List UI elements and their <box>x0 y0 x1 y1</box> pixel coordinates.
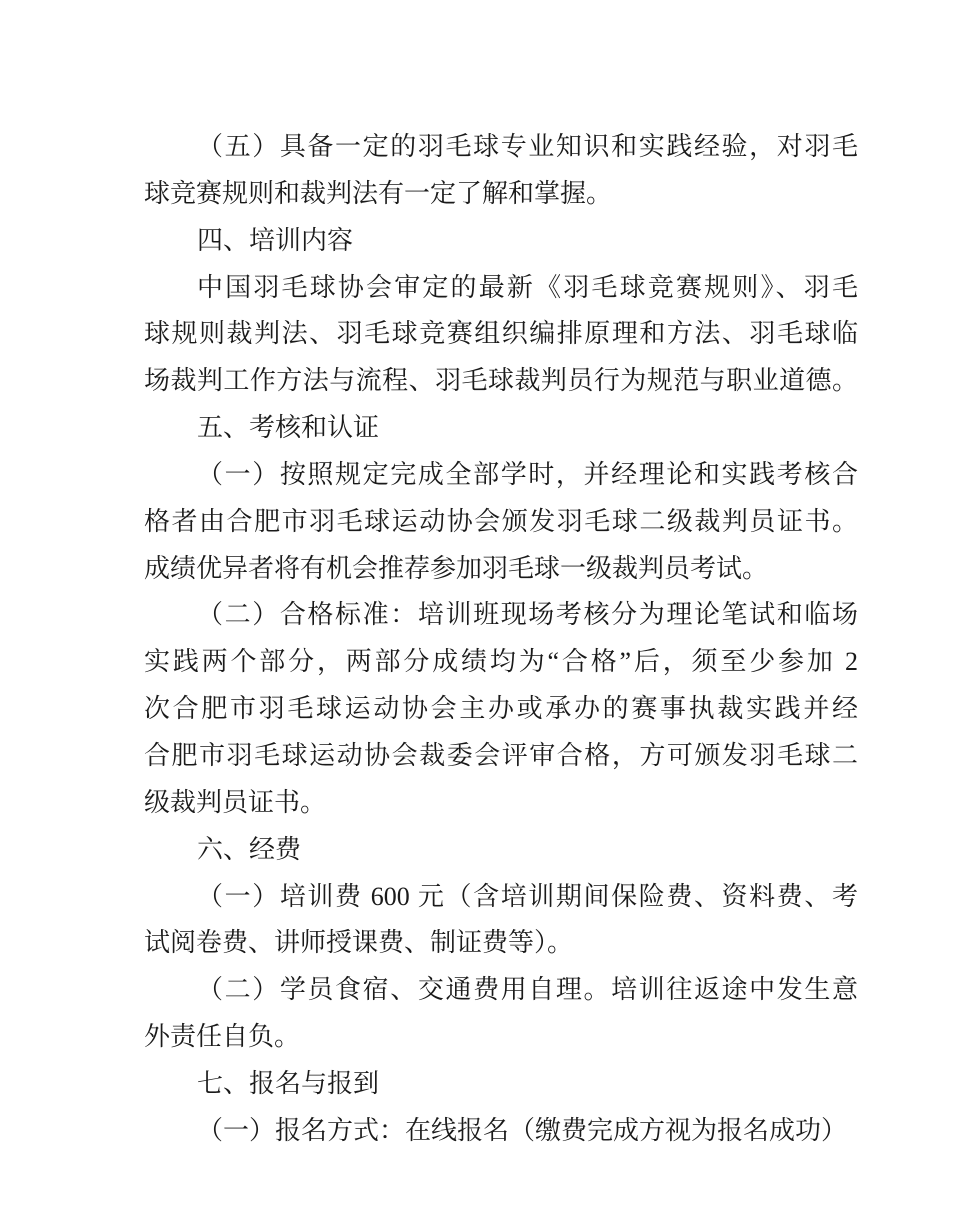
section-heading: 七、报名与报到 <box>144 1061 858 1108</box>
document-page: （五）具备一定的羽毛球专业知识和实践经验，对羽毛 球竞赛规则和裁判法有一定了解和… <box>0 0 974 1221</box>
body-text-line: 外责任自负。 <box>144 1014 858 1061</box>
body-text-line: 成绩优异者将有机会推荐参加羽毛球一级裁判员考试。 <box>144 546 858 593</box>
body-text-line: 球规则裁判法、羽毛球竞赛组织编排原理和方法、羽毛球临 <box>144 311 858 358</box>
body-text-line: （一）培训费 600 元（含培训期间保险费、资料费、考 <box>144 874 858 921</box>
body-text-line: 试阅卷费、讲师授课费、制证费等）。 <box>144 920 858 967</box>
body-text-line: （五）具备一定的羽毛球专业知识和实践经验，对羽毛 <box>144 124 858 171</box>
document-viewport: { "page": { "background_color": "#ffffff… <box>0 0 974 1221</box>
body-text-line: 场裁判工作方法与流程、羽毛球裁判员行为规范与职业道德。 <box>144 358 858 405</box>
body-text-line: （一）按照规定完成全部学时，并经理论和实践考核合 <box>144 452 858 499</box>
body-text-line: 级裁判员证书。 <box>144 780 858 827</box>
section-heading: 四、培训内容 <box>144 218 858 265</box>
body-text-line: （二）合格标准：培训班现场考核分为理论笔试和临场 <box>144 592 858 639</box>
section-heading: 六、经费 <box>144 827 858 874</box>
body-text-line: 中国羽毛球协会审定的最新《羽毛球竞赛规则》、羽毛 <box>144 265 858 312</box>
body-text-line: 实践两个部分，两部分成绩均为“合格”后，须至少参加 2 <box>144 639 858 686</box>
body-text-line: 格者由合肥市羽毛球运动协会颁发羽毛球二级裁判员证书。 <box>144 499 858 546</box>
body-text-line: 球竞赛规则和裁判法有一定了解和掌握。 <box>144 171 858 218</box>
body-text-line: （一）报名方式：在线报名（缴费完成方视为报名成功） <box>144 1108 858 1155</box>
body-text-line: 次合肥市羽毛球运动协会主办或承办的赛事执裁实践并经 <box>144 686 858 733</box>
body-text-line: 合肥市羽毛球运动协会裁委会评审合格，方可颁发羽毛球二 <box>144 733 858 780</box>
section-heading: 五、考核和认证 <box>144 405 858 452</box>
body-text-line: （二）学员食宿、交通费用自理。培训往返途中发生意 <box>144 967 858 1014</box>
